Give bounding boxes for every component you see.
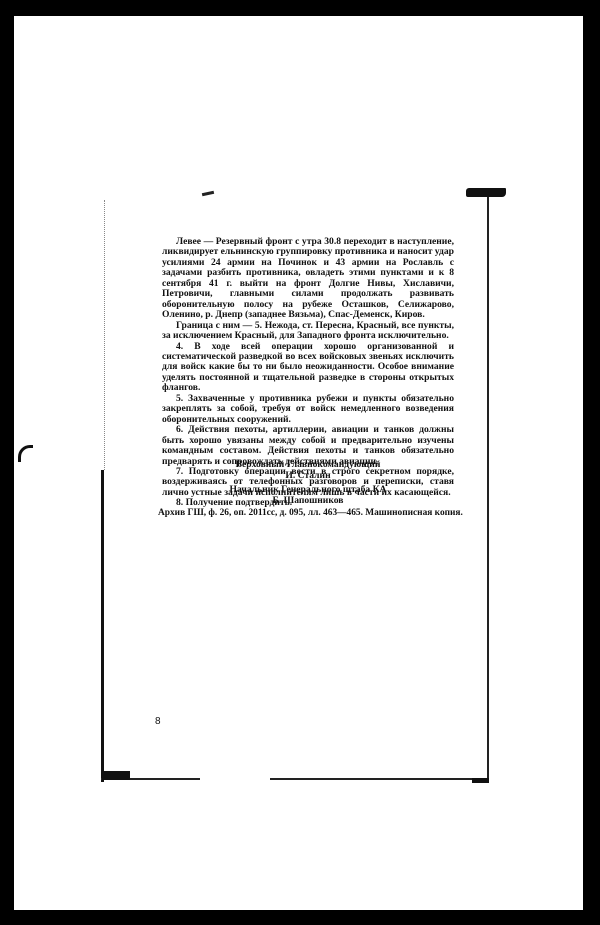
signature-chief-of-staff: Начальник Генерального штаба КА Б. Шапош… [162,485,454,506]
signature-name: И. Сталин [162,471,454,482]
paragraph: Граница с ним — 5. Нежода, ст. Пересна, … [162,321,454,342]
scan-blot-top [466,188,506,197]
signature-title: Начальник Генерального штаба КА [162,485,454,496]
page-frame-left-dotted-edge [104,200,106,470]
paragraph: 5. Захваченные у противника рубежи и пун… [162,394,454,425]
page-frame-right-edge [487,190,489,780]
page-number: 8 [155,716,161,727]
page-frame-bottom-edge [101,778,489,780]
page-frame-bottom-gap [200,776,270,782]
archive-reference: Архив ГШ, ф. 26, оп. 2011сс, д. 095, лл.… [158,508,458,518]
page-frame-left-edge [101,470,104,782]
scan-blot-corner [102,771,130,780]
paragraph: Левее — Резервный фронт с утра 30.8 пере… [162,237,454,321]
signature-name: Б. Шапошников [162,496,454,507]
signature-supreme-commander: Верховный Главнокомандующий И. Сталин [162,460,454,481]
signature-title: Верховный Главнокомандующий [162,460,454,471]
paragraph: 4. В ходе всей операции хорошо организов… [162,342,454,394]
scan-blot-bottom-right [472,778,489,783]
